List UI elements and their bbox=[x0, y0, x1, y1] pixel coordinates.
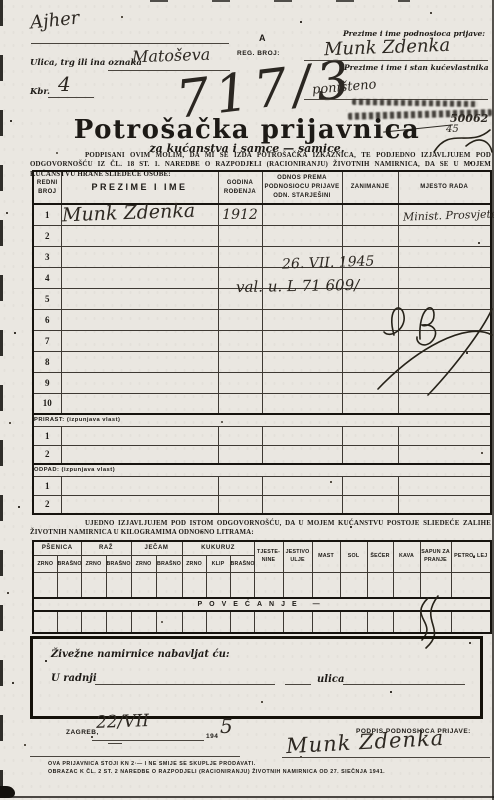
header-jestivo-ulje: JESTIVO ULJE bbox=[283, 541, 312, 572]
row-number: 2 bbox=[33, 445, 61, 464]
purchase-intro: Živežne namirnice nabavljat ću: bbox=[51, 649, 230, 660]
ruled-line bbox=[31, 43, 229, 44]
signature-handwritten: Munk Zdenka bbox=[285, 726, 444, 758]
row-number: 3 bbox=[33, 246, 61, 267]
person-row: 2 bbox=[33, 225, 491, 246]
supplies-group-header-row: PŠENICA RAŽ JEČAM KUKURUZ TJESTE- NINE J… bbox=[33, 541, 491, 555]
header-zrno: ZRNO bbox=[182, 555, 206, 572]
street-value-handwritten: Matoševa bbox=[132, 45, 211, 67]
row-number: 4 bbox=[33, 267, 61, 288]
official-note-handwritten: val. u. L 71 609/ bbox=[236, 276, 360, 296]
odpad-label-row: ODPAD: (izpunjava vlast) bbox=[33, 464, 491, 476]
header-kukuruz: KUKURUZ bbox=[182, 541, 254, 555]
footer-note2: OBRAZAC K ČL. 2 ST. 2 NAREDBE O RAZPODJE… bbox=[48, 769, 385, 775]
ruled-line bbox=[95, 684, 275, 685]
street-label: Ulica, trg ili ina oznaka bbox=[30, 58, 142, 68]
row-number: 10 bbox=[33, 393, 61, 414]
scan-edge-top bbox=[150, 0, 410, 2]
row-number: 1 bbox=[33, 426, 61, 445]
scan-noise bbox=[0, 0, 2, 2]
odpad-row: 1 bbox=[33, 476, 491, 495]
form-title: Potrošačka prijavnica bbox=[0, 115, 494, 145]
header-jecam: JEČAM bbox=[131, 541, 182, 555]
birth-year-handwritten: 1912 bbox=[222, 207, 258, 223]
section-letter: A bbox=[259, 33, 266, 43]
name-cell: Munk Zdenka bbox=[61, 204, 218, 225]
official-signature-scribble bbox=[358, 293, 494, 401]
ruled-line bbox=[343, 684, 465, 685]
header-redni-broj: REDNI BROJ bbox=[33, 171, 61, 204]
row-number: 2 bbox=[33, 225, 61, 246]
prirast-label: PRIRAST: (izpunjava vlast) bbox=[33, 414, 491, 426]
header-mjesto-rada: MJESTO RADA bbox=[398, 171, 491, 204]
pen-underline bbox=[108, 743, 122, 744]
prirast-row: 2 bbox=[33, 445, 491, 464]
row-number: 5 bbox=[33, 288, 61, 309]
odpad-row: 2 bbox=[33, 495, 491, 514]
header-brasno: BRAŠNO bbox=[106, 555, 131, 572]
row-number: 7 bbox=[33, 330, 61, 351]
prirast-label-row: PRIRAST: (izpunjava vlast) bbox=[33, 414, 491, 426]
city-label: ZAGREB, bbox=[66, 729, 99, 736]
header-raz: RAŽ bbox=[81, 541, 131, 555]
person-row: 3 bbox=[33, 246, 491, 267]
workplace-cell: Minist. Prosvjete bbox=[398, 204, 491, 225]
header-zrno: ZRNO bbox=[33, 555, 57, 572]
ruled-line bbox=[48, 97, 94, 98]
official-date-handwritten: 26. VII. 1945 bbox=[282, 253, 375, 272]
house-number-handwritten: 4 bbox=[58, 72, 71, 96]
submitter-name-handwritten: Munk Zdenka bbox=[324, 35, 451, 60]
header-sapun: SAPUN ZA PRANJE bbox=[420, 541, 451, 572]
year-printed: 194 bbox=[206, 733, 218, 740]
occupation-cell bbox=[342, 204, 398, 225]
ruled-line bbox=[282, 757, 490, 758]
header-mast: MAST bbox=[312, 541, 340, 572]
reg-broj-label: REG. BROJ: bbox=[237, 50, 280, 57]
scan-edge-bottom bbox=[0, 796, 494, 798]
relation-cell bbox=[262, 204, 342, 225]
ruled-line bbox=[30, 756, 240, 757]
header-zrno: ZRNO bbox=[131, 555, 156, 572]
purchase-box: Živežne namirnice nabavljat ću: U radnji… bbox=[30, 636, 483, 719]
street-label-box: ulica bbox=[317, 674, 344, 685]
header-kava: KAVA bbox=[393, 541, 420, 572]
landlord-label: Prezime i ime i stan kućevlastnika bbox=[344, 63, 489, 72]
header-godina-rodenja: GODINA ROĐENJA bbox=[218, 171, 262, 204]
birth-cell: 1912 bbox=[218, 204, 262, 225]
ruled-line bbox=[285, 684, 311, 685]
header-secer: ŠEĆER bbox=[367, 541, 393, 572]
prirast-row: 1 bbox=[33, 426, 491, 445]
owner-name-handwritten: Ajher bbox=[29, 7, 80, 33]
shop-label: U radnji bbox=[51, 673, 97, 684]
row-number: 1 bbox=[33, 476, 61, 495]
row-number: 9 bbox=[33, 372, 61, 393]
scan-corner-blob bbox=[0, 786, 15, 798]
person-row: 1 Munk Zdenka 1912 Minist. Prosvjete bbox=[33, 204, 491, 225]
row-number: 2 bbox=[33, 495, 61, 514]
scanned-form-page: Ajher Ulica, trg ili ina oznaka Matoševa… bbox=[0, 0, 494, 800]
header-tjestenine: TJESTE- NINE bbox=[254, 541, 283, 572]
header-klip: KLIP bbox=[206, 555, 230, 572]
stamp-smudge bbox=[352, 99, 478, 107]
row-number: 8 bbox=[33, 351, 61, 372]
ruled-line bbox=[304, 60, 488, 61]
date-handwritten: 22/VII bbox=[96, 711, 150, 733]
ruled-line bbox=[92, 740, 204, 741]
house-number-label: Kbr. bbox=[30, 87, 50, 97]
header-brasno: BRAŠNO bbox=[230, 555, 254, 572]
workplace-handwritten: Minist. Prosvjete bbox=[402, 207, 494, 223]
supplies-declaration: UJEDNO IZJAVLJUJEM POD ISTOM ODGOVORNOŠĆ… bbox=[30, 519, 491, 538]
header-zanimanje: ZANIMANJE bbox=[342, 171, 398, 204]
header-odnos: ODNOS PREMA PODNOSIOCU PRIJAVE ODN. STAR… bbox=[262, 171, 342, 204]
header-psenica: PŠENICA bbox=[33, 541, 81, 555]
persons-table-header-row: REDNI BROJ PREZIME I IME GODINA ROĐENJA … bbox=[33, 171, 491, 204]
year-handwritten: 5 bbox=[220, 714, 233, 738]
header-petrolej: PETRO- LEJ bbox=[451, 541, 491, 572]
header-zrno: ZRNO bbox=[81, 555, 106, 572]
header-brasno: BRAŠNO bbox=[156, 555, 182, 572]
odpad-label: ODPAD: (izpunjava vlast) bbox=[33, 464, 491, 476]
person-name-handwritten: Munk Zdenka bbox=[61, 199, 195, 226]
header-sol: SOL bbox=[340, 541, 367, 572]
row-number: 6 bbox=[33, 309, 61, 330]
header-brasno: BRAŠNO bbox=[57, 555, 81, 572]
footer-note1: OVA PRIJAVNICA STOJI KN 2·— I NE SMIJE S… bbox=[48, 761, 256, 767]
row-number: 1 bbox=[33, 204, 61, 225]
